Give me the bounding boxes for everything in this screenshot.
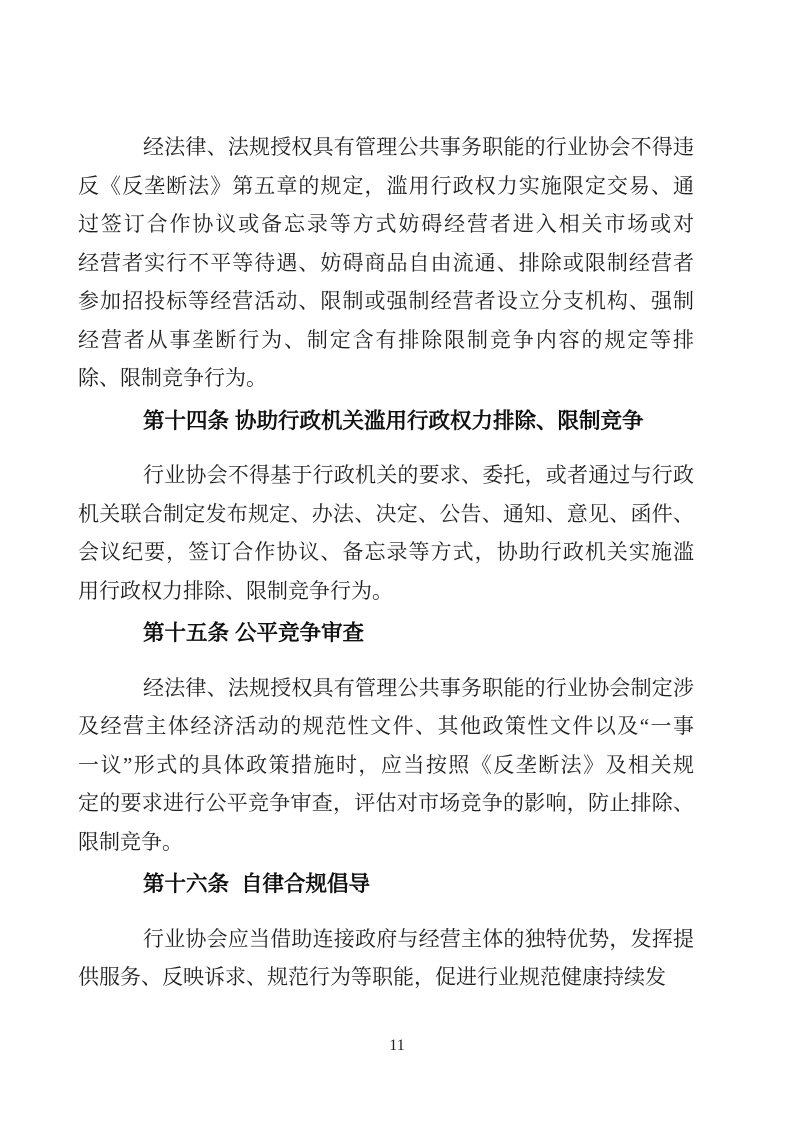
body-paragraph: 行业协会应当借助连接政府与经营主体的独特优势，发挥提供服务、反映诉求、规范行为等… — [78, 920, 694, 997]
text-line: 参加招投标等经营活动、限制或强制经营者设立分支机构、强制 — [78, 282, 694, 321]
text-line: 用行政权力排除、限制竞争行为。 — [78, 572, 694, 611]
document-page: 经法律、法规授权具有管理公共事务职能的行业协会不得违反《反垄断法》第五章的规定，… — [0, 0, 794, 1123]
text-line: 行业协会应当借助连接政府与经营主体的独特优势，发挥提 — [78, 920, 694, 959]
page-content: 经法律、法规授权具有管理公共事务职能的行业协会不得违反《反垄断法》第五章的规定，… — [78, 128, 694, 997]
text-line: 反《反垄断法》第五章的规定，滥用行政权力实施限定交易、通 — [78, 167, 694, 206]
text-line: 会议纪要，签订合作协议、备忘录等方式，协助行政机关实施滥 — [78, 533, 694, 572]
text-line: 一议”形式的具体政策措施时，应当按照《反垄断法》及相关规 — [78, 746, 694, 785]
text-line: 过签订合作协议或备忘录等方式妨碍经营者进入相关市场或对 — [78, 205, 694, 244]
article-heading: 第十四条 协助行政机关滥用行政权力排除、限制竞争 — [78, 402, 694, 441]
body-paragraph: 行业协会不得基于行政机关的要求、委托，或者通过与行政机关联合制定发布规定、办法、… — [78, 456, 694, 610]
article-heading: 第十五条 公平竞争审查 — [78, 614, 694, 653]
body-paragraph: 经法律、法规授权具有管理公共事务职能的行业协会制定涉及经营主体经济活动的规范性文… — [78, 669, 694, 862]
text-line: 机关联合制定发布规定、办法、决定、公告、通知、意见、函件、 — [78, 495, 694, 534]
body-paragraph: 经法律、法规授权具有管理公共事务职能的行业协会不得违反《反垄断法》第五章的规定，… — [78, 128, 694, 398]
text-line: 行业协会不得基于行政机关的要求、委托，或者通过与行政 — [78, 456, 694, 495]
text-line: 限制竞争。 — [78, 823, 694, 862]
text-line: 经法律、法规授权具有管理公共事务职能的行业协会制定涉 — [78, 669, 694, 708]
text-line: 及经营主体经济活动的规范性文件、其他政策性文件以及“一事 — [78, 707, 694, 746]
article-heading: 第十六条 自律合规倡导 — [78, 865, 694, 904]
text-line: 供服务、反映诉求、规范行为等职能，促进行业规范健康持续发 — [78, 958, 694, 997]
text-line: 经营者实行不平等待遇、妨碍商品自由流通、排除或限制经营者 — [78, 244, 694, 283]
text-line: 经营者从事垄断行为、制定含有排除限制竞争内容的规定等排 — [78, 321, 694, 360]
text-line: 除、限制竞争行为。 — [78, 359, 694, 398]
text-line: 定的要求进行公平竞争审查，评估对市场竞争的影响，防止排除、 — [78, 784, 694, 823]
text-line: 经法律、法规授权具有管理公共事务职能的行业协会不得违 — [78, 128, 694, 167]
page-number: 11 — [0, 1037, 794, 1055]
